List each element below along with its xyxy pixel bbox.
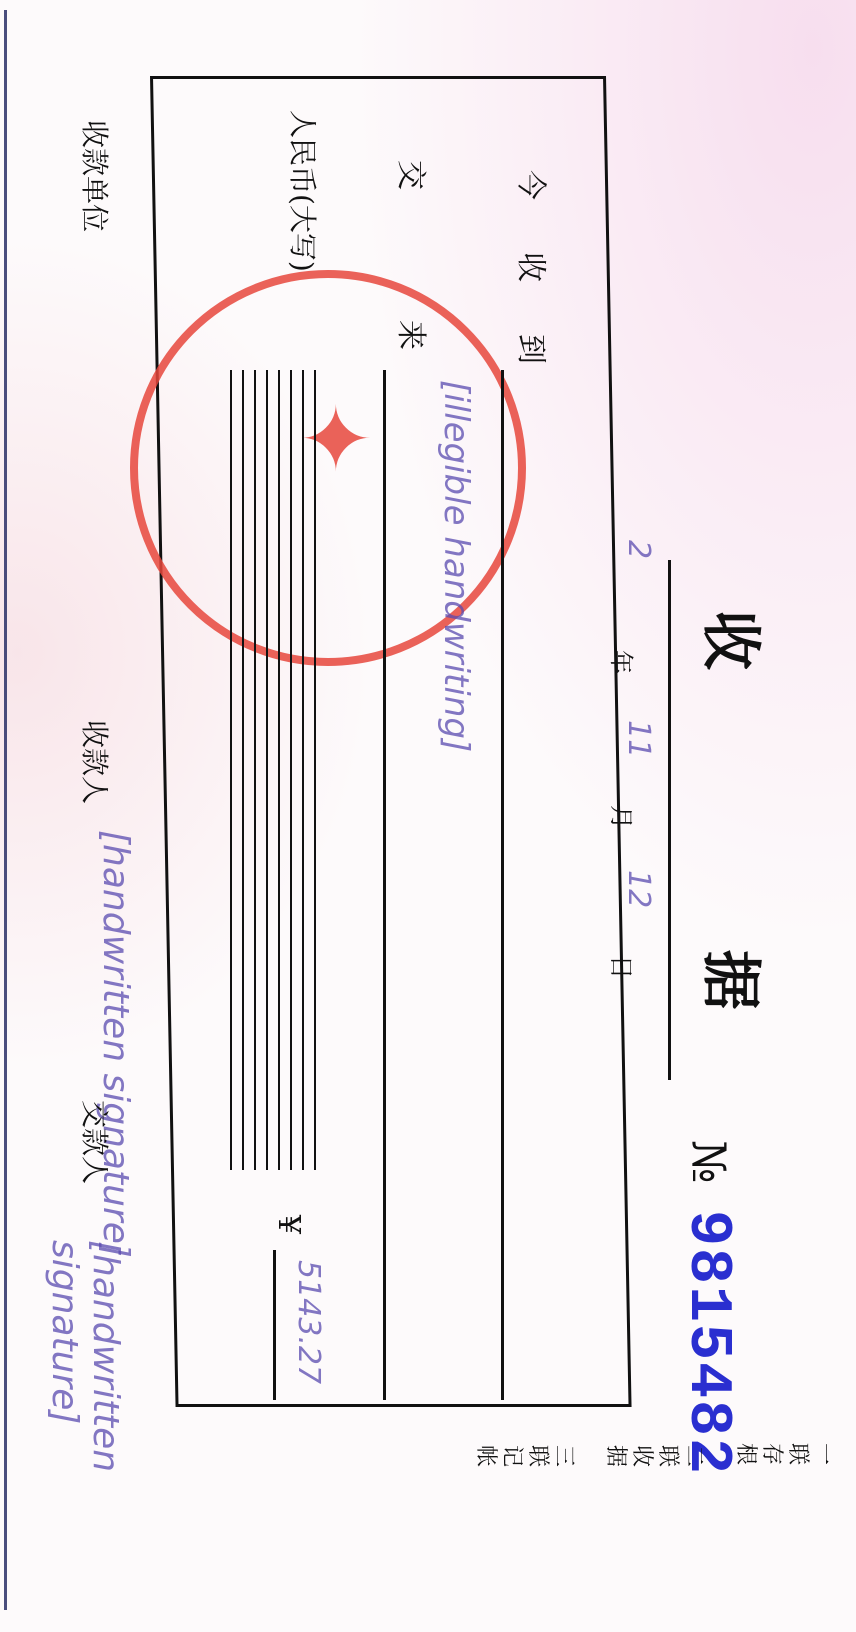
received-from-label: 今收到 — [512, 170, 556, 416]
yen-symbol: ¥ — [271, 1215, 306, 1234]
payer-signature: [handwritten signature] — [44, 1240, 126, 1632]
handwritten-day: 12 — [621, 870, 656, 908]
payment-for-label: 交来 — [392, 160, 436, 480]
amount-line — [273, 1250, 276, 1400]
payment-for-line — [383, 370, 386, 1400]
received-from-line — [501, 370, 504, 1400]
rmb-amount-grid — [196, 370, 316, 1170]
receiver-label: 收款人 — [76, 720, 116, 804]
serial-label: № — [682, 1140, 736, 1184]
amount-value: 5143.27 — [291, 1260, 326, 1384]
serial-number: 9815482 — [673, 1210, 741, 1476]
title-char-1: 收 — [692, 610, 778, 670]
received-from-value: [illegible handwriting] — [436, 380, 476, 752]
copy-label-stub: 一联存根 — [732, 1440, 836, 1468]
receipt: 收 据 № 9815482 2 年 11 月 12 日 ✦ 今收到 [illeg… — [0, 0, 856, 1632]
receiver-signature: [handwritten signature] — [95, 830, 136, 1258]
unit-label: 收款单位 — [76, 120, 116, 232]
copy-label-receipt: 二联收据 — [602, 1445, 706, 1471]
copy-label-ledger: 三联记帐 — [472, 1445, 576, 1471]
handwritten-year: 2 — [621, 540, 656, 559]
payer-label: 交款人 — [76, 1100, 116, 1184]
rmb-label: 人民币(大写) — [284, 110, 324, 272]
title-char-2: 据 — [692, 950, 778, 1010]
title-underline — [668, 560, 671, 1080]
handwritten-month: 11 — [621, 720, 656, 758]
